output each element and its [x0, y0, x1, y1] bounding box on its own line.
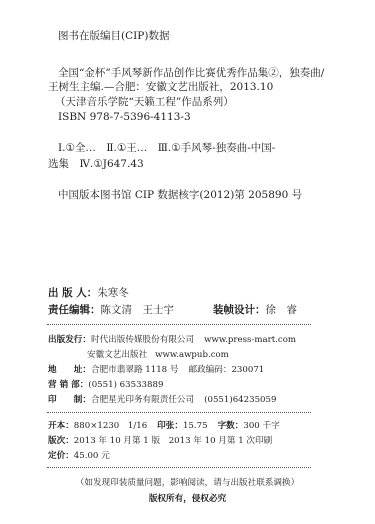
- designer-label: 装帧设计：: [213, 304, 266, 316]
- editors-names: 陈文清 王士宇: [101, 304, 175, 316]
- quality-notice: （如发现印装质量问题，影响阅读，请与出版社联系调换）: [0, 478, 375, 489]
- format-label: 开本：: [48, 421, 74, 431]
- editors-row: 责任编辑：陈文清 王士宇: [48, 304, 174, 317]
- price-value: 45.00 元: [74, 451, 110, 461]
- separator-dotted-2: [47, 412, 311, 413]
- designer-row: 装帧设计：徐 睿: [213, 304, 297, 317]
- cip-isbn: ISBN 978-7-5396-4113-3: [58, 111, 191, 124]
- marketing-phone: (0551) 63533889: [88, 380, 163, 390]
- publisher-person-row: 出 版 人：朱寒冬: [48, 287, 129, 300]
- publisher-name: 安徽文艺出版社: [87, 350, 147, 360]
- words-label: 字数：: [218, 421, 244, 431]
- publisher-person-label: 出 版 人：: [48, 287, 97, 299]
- printer-phone: (0551)64235059: [204, 395, 276, 405]
- distributor-url: www.press-mart.com: [204, 335, 296, 345]
- cip-classification-line-2: 选集 Ⅳ.①J647.43: [48, 158, 144, 171]
- printing-label: 印 制：: [48, 395, 91, 405]
- words-value: 300 千字: [243, 421, 279, 431]
- distributor-name: 时代出版传媒股份有限公司: [91, 335, 194, 345]
- distribution-label: 出版发行：: [48, 335, 91, 345]
- postcode-value: 230071: [231, 365, 264, 375]
- printing-row: 印 制：合肥星光印务有限责任公司(0551)64235059: [48, 395, 276, 406]
- copyright-notice: 版权所有，侵权必究: [0, 494, 375, 505]
- editors-label: 责任编辑：: [48, 304, 101, 316]
- price-label: 定价：: [48, 451, 74, 461]
- address-label: 地 址：: [48, 365, 91, 375]
- publisher-row: 安徽文艺出版社www.awpub.com: [87, 350, 229, 361]
- postcode-label: 邮政编码：: [188, 365, 231, 375]
- cip-series: （天津音乐学院“天籁工程”作品系列）: [55, 96, 234, 109]
- separator-dotted-3: [47, 467, 311, 468]
- cip-library-record: 中国版本图书馆 CIP 数据核字(2012)第 205890 号: [58, 189, 302, 202]
- format-value: 880×1230 1/16: [74, 421, 147, 431]
- edition-label: 版次：: [48, 436, 74, 446]
- address-value: 合肥市翡翠路 1118 号: [91, 365, 179, 375]
- sheets-label: 印张：: [157, 421, 183, 431]
- format-row: 开本：880×1230 1/16印张：15.75字数：300 千字: [48, 421, 280, 432]
- sheets-value: 15.75: [183, 421, 208, 431]
- marketing-label: 营 销 部：: [48, 380, 88, 390]
- edition-value: 2013 年 10 月第 1 版 2013 年 10 月第 1 次印刷: [74, 436, 272, 446]
- publisher-person-name: 朱寒冬: [97, 287, 129, 299]
- designer-name: 徐 睿: [266, 304, 298, 316]
- publisher-url: www.awpub.com: [155, 350, 229, 360]
- marketing-row: 营 销 部：(0551) 63533889: [48, 380, 163, 391]
- separator-dotted-1: [47, 324, 311, 325]
- cip-title-line-1: 全国“金杯”手风琴新作品创作比赛优秀作品集②，独奏曲/: [58, 67, 324, 80]
- printer-name: 合肥星光印务有限责任公司: [91, 395, 194, 405]
- price-row: 定价：45.00 元: [48, 451, 110, 462]
- distribution-row: 出版发行：时代出版传媒股份有限公司www.press-mart.com: [48, 335, 296, 346]
- cip-title-line-2: 王树生主编.—合肥：安徽文艺出版社，2013.10: [48, 81, 273, 94]
- cip-classification-line-1: Ⅰ.①全… Ⅱ.①王… Ⅲ.①手风琴-独奏曲-中国-: [58, 142, 275, 155]
- edition-row: 版次：2013 年 10 月第 1 版 2013 年 10 月第 1 次印刷: [48, 436, 272, 447]
- cip-heading: 图书在版编目(CIP)数据: [58, 30, 169, 43]
- address-row: 地 址：合肥市翡翠路 1118 号邮政编码：230071: [48, 365, 264, 376]
